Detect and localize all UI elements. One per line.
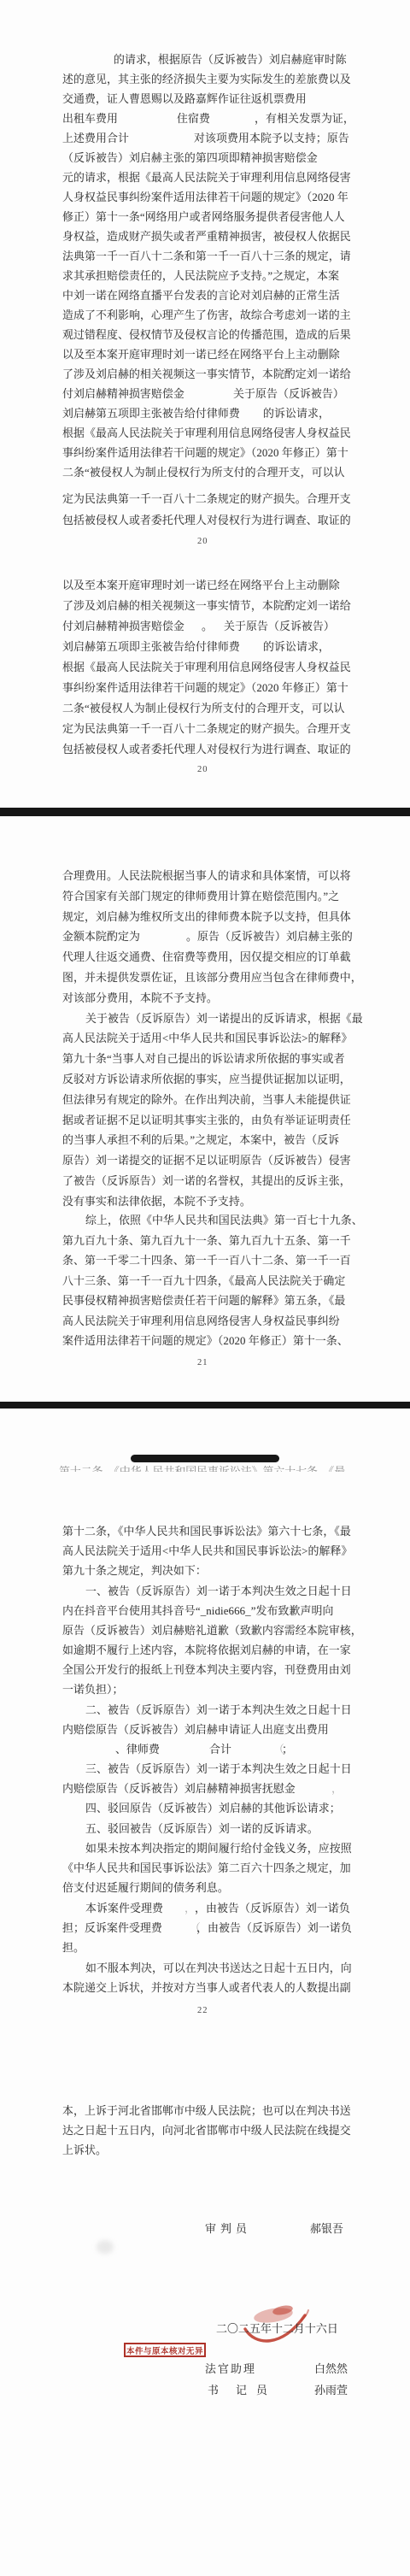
text-line: 内赔偿原告（反诉被告）刘启赫申请证人出庭支出费用: [0, 1721, 410, 1738]
text-segment: 倍支付迟延履行期间的债务利息。: [62, 1879, 229, 1897]
text-segment: ，由被告（反诉原告）刘一诺负: [196, 1920, 352, 1937]
text-segment: ，: [331, 1780, 343, 1797]
text-line: 符合国家有关部门规定的律师费用计算在赔偿范围内。”之: [0, 888, 410, 905]
text-segment: 法: [205, 2361, 216, 2378]
text-segment: 审: [205, 2220, 216, 2238]
text-segment: 刘启赫第五项即主张被告给付律师费: [62, 638, 240, 656]
text-line: 民事侵权精神损害赔偿责任若干问题的解释》第五条，《最: [0, 1292, 410, 1309]
text-segment: 关于原告（反诉被告）: [224, 618, 335, 635]
text-segment: 规定，刘启赫为维权所支出的律师费本院予以支持，但具体: [62, 909, 351, 926]
text-segment: 内赔偿原告（反诉被告）刘启赫申请证人出庭支出费用: [62, 1721, 329, 1738]
text-line: 、律师费合计（；: [0, 1741, 410, 1758]
text-segment: 条、第一千零二十四条、第一千一百八十二条、第一千一百: [62, 1252, 351, 1269]
text-line: 的请求，根据原告（反诉被告）刘启赫庭审时陈: [0, 51, 410, 68]
text-line: 二、被告（反诉原告）刘一诺于本判决生效之日起十日: [0, 1702, 410, 1719]
text-line: 修正）第十一条“网络用户或者网络服务提供者侵害他人人: [0, 209, 410, 226]
text-segment: 包括被侵权人或者委托代理人对侵权行为进行调查、取证的: [62, 512, 351, 529]
text-segment: 符合国家有关部门规定的律师费用计算在赔偿范围内。”之: [62, 888, 339, 905]
text-line: 五、驳回被告（反诉原告）刘一诺的反诉请求。: [0, 1820, 410, 1838]
text-line: 身权益，造成财产损失或者严重精神损害，被侵权人依据民: [0, 228, 410, 245]
text-segment: ；: [282, 1741, 293, 1758]
text-line: 关于被告（反诉原告）刘一诺提出的反诉请求，根据《最: [0, 1010, 410, 1027]
text-segment: 对该部分费用，本院不予支持。: [62, 990, 218, 1007]
text-segment: 白然然: [314, 2361, 348, 2378]
text-segment: 求其承担赔偿责任的，人民法院应予支持。”之规定，本案: [62, 268, 339, 285]
text-line: 根据《最高人民法院关于审理利用信息网络侵害人身权益民: [0, 425, 410, 442]
text-segment: 包括被侵权人或者委托代理人对侵权行为进行调查、取证的: [62, 741, 351, 758]
text-segment: 以及至本案开庭审理时刘一诺已经在网络平台上主动删除: [62, 346, 340, 363]
clipped-text: 第十二条，《中华人民共和国民事诉讼法》第六十七条，《最: [59, 1463, 345, 1472]
text-segment: 定为民法典第一千一百八十二条规定的财产损失。合理开支: [62, 491, 351, 508]
text-segment: 一诺负担）；: [62, 1681, 124, 1698]
text-segment: 了涉及刘启赫的相关视频这一事实情节，本院酌定刘一诺给: [62, 366, 351, 383]
text-line: 规定，刘启赫为维权所支出的律师费本院予以支持，但具体: [0, 909, 410, 926]
text-segment: 高人民法院关于适用<中华人民共和国民事诉讼法>的解释》: [62, 1030, 353, 1047]
text-segment: 原告）刘一诺提交的证据不足以证明原告（反诉被告）侵害: [62, 1152, 351, 1169]
text-line: 二条“被侵权人为制止侵权行为所支付的合理开支，可以认: [0, 464, 410, 481]
text-segment: 内赔偿原告（反诉被告）刘启赫精神损害抚慰金: [62, 1780, 296, 1797]
text-line: 对该部分费用，本院不予支持。: [0, 990, 410, 1007]
text-segment: 据或者证据不足以证明其事实主张的，由负有举证证明责任: [62, 1112, 351, 1129]
text-segment: 关于被告（反诉原告）刘一诺提出的反诉请求，根据《最: [85, 1010, 363, 1027]
text-segment: 以及至本案开庭审理时刘一诺已经在网络平台上主动删除: [62, 577, 340, 594]
text-line: 第九百九十条、第九百九十一条、第九百九十五条、第一千: [0, 1232, 410, 1250]
text-segment: 合计: [209, 1741, 231, 1758]
text-segment: 第九十条“当事人对自己提出的诉讼请求所依据的事实或者: [62, 1050, 345, 1067]
clipped-text-line: 第十二条，《中华人民共和国民事诉讼法》第六十七条，《最: [0, 1463, 410, 1472]
page-number: 22: [197, 2004, 208, 2018]
text-segment: 上述费用合计: [62, 130, 129, 147]
text-segment: 的诉讼请求，: [263, 638, 330, 656]
text-line: 了涉及刘启赫的相关视频这一事实情节，本院酌定刘一诺给: [0, 366, 410, 383]
text-line: （反诉被告）刘启赫主张的第四项即精神损害赔偿金: [0, 150, 410, 167]
text-line: 金额本院酌定为。原告（反诉被告）刘启赫主张的: [0, 928, 410, 945]
text-segment: 如果未按本判决指定的期间履行给付金钱义务，应按照: [85, 1840, 352, 1857]
text-line: 高人民法院关于适用<中华人民共和国民事诉讼法>的解释》: [0, 1543, 410, 1560]
text-line: 求其承担赔偿责任的，人民法院应予支持。”之规定，本案: [0, 268, 410, 285]
text-segment: 郝银吾: [310, 2220, 343, 2238]
page-number: 20: [197, 763, 208, 777]
text-line: 三、被告（反诉原告）刘一诺于本判决生效之日起十日: [0, 1761, 410, 1778]
text-line: 担；反诉案件受理费（，由被告（反诉原告）刘一诺负: [0, 1920, 410, 1937]
text-line: 《中华人民共和国民事诉讼法》第二百六十四条之规定，加: [0, 1860, 410, 1877]
text-line: 以及至本案开庭审理时刘一诺已经在网络平台上主动删除: [0, 577, 410, 594]
text-line: 如不服本判决，可以在判决书送达之日起十五日内，向: [0, 1960, 410, 1977]
text-line: 内在抖音平台使用其抖音号“_nidie666_”发布致歉声明向: [0, 1603, 410, 1620]
verification-stamp: 本件与原本核对无异: [124, 2343, 206, 2357]
text-line: 原告）刘一诺提交的证据不足以证明原告（反诉被告）侵害: [0, 1152, 410, 1169]
text-line: 包括被侵权人或者委托代理人对侵权行为进行调查、取证的: [0, 512, 410, 529]
text-line: 二条“被侵权人为制止侵权行为所支付的合理开支，可以认: [0, 700, 410, 717]
text-segment: 《中华人民共和国民事诉讼法》第二百六十四条之规定，加: [62, 1860, 351, 1877]
text-line: 出租车费用住宿费，有相关发票为证，: [0, 110, 410, 127]
text-segment: 的当事人承担不利的后果。”之规定，本案中，被告（反诉: [62, 1132, 339, 1149]
text-line: 法官助理白然然: [0, 2361, 410, 2378]
text-segment: 了涉及刘启赫的相关视频这一事实情节，本院酌定刘一诺给: [62, 597, 351, 615]
text-line: 本院递交上诉状，并按对方当事人或者代表人的人数提出副: [0, 1979, 410, 1997]
stitch-divider: [0, 1402, 410, 1409]
text-line: 代理人往返交通费、住宿费等费用，因仅提交相应的订单截: [0, 949, 410, 966]
text-line: 交通费，证人曹恩赐以及路嘉辉作证往返机票费用: [0, 91, 410, 108]
text-line: 八十三条、第一千一百九十四条，《最高人民法院关于确定: [0, 1273, 410, 1290]
text-line: 合理费用。人民法院根据当事人的请求和具体案情，可以将: [0, 867, 410, 885]
text-segment: 员: [256, 2382, 267, 2399]
text-line: 第九十条“当事人对自己提出的诉讼请求所依据的事实或者: [0, 1050, 410, 1067]
text-segment: 中刘一诺在网络直播平台发表的言论对刘启赫的正常生活: [62, 287, 340, 304]
text-segment: 身权益，造成财产损失或者严重精神损害，被侵权人依据民: [62, 228, 351, 245]
text-segment: 第九十条之规定，判决如下：: [62, 1562, 207, 1579]
text-line: 高人民法院关于适用<中华人民共和国民事诉讼法>的解释》: [0, 1030, 410, 1047]
text-segment: ，有相关发票为证，: [255, 110, 354, 127]
text-line: 图，并未提供发票佐证，且该部分费用应当包含在律师费中，: [0, 969, 410, 986]
text-line: 但法律另有规定的除外。在作出判决前，当事人未能提供证: [0, 1091, 410, 1109]
text-line: 反驳对方诉讼请求所依据的事实，应当提供证据加以证明，: [0, 1071, 410, 1088]
text-segment: 综上，依照《中华人民共和国民法典》第一百七十九条、: [85, 1212, 363, 1229]
text-line: 上述费用合计对该项费用本院予以支持；原告: [0, 130, 410, 147]
text-line: 人身权益民事纠纷案件适用法律若干问题的规定》（2020 年: [0, 189, 410, 206]
text-line: 案件适用法律若干问题的规定》（2020 年修正）第十一条、: [0, 1332, 410, 1350]
text-line: 上诉状。: [0, 2142, 410, 2159]
text-segment: 图，并未提供发票佐证，且该部分费用应当包含在律师费中，: [62, 969, 362, 986]
text-line: 内赔偿原告（反诉被告）刘启赫精神损害抚慰金，: [0, 1780, 410, 1797]
text-segment: 高人民法院关于适用<中华人民共和国民事诉讼法>的解释》: [62, 1543, 353, 1560]
text-segment: 案件适用法律若干问题的规定》（2020 年修正）第十一条、: [62, 1332, 348, 1350]
text-segment: 高人民法院关于审理利用信息网络侵害人身权益民事纠纷: [62, 1313, 340, 1330]
text-segment: 全国公开发行的报纸上刊登本判决主要内容，刊登费用由刘: [62, 1661, 351, 1679]
text-line: 刘启赫第五项即主张被告给付律师费的诉讼请求，: [0, 638, 410, 656]
text-line: 以及至本案开庭审理时刘一诺已经在网络平台上主动删除: [0, 346, 410, 363]
text-segment: 判: [220, 2220, 231, 2238]
text-line: 事纠纷案件适用法律若干问题的规定》（2020 年修正）第十: [0, 679, 410, 697]
text-line: 观过错程度、侵权情节及侵权言论的传播范围，造成的后果: [0, 326, 410, 344]
text-line: 根据《最高人民法院关于审理利用信息网络侵害人身权益民: [0, 659, 410, 676]
text-line: 审判员郝银吾: [0, 2220, 410, 2238]
text-line: 达之日起十五日内，向河北省邯郸市中级人民法院在线提交: [0, 2122, 410, 2139]
text-segment: 二条“被侵权人为制止侵权行为所支付的合理开支，可以认: [62, 700, 345, 717]
text-segment: 了被告（反诉原告）刘一诺的名誉权，其提出的反诉主张，: [62, 1173, 351, 1190]
text-segment: 观过错程度、侵权情节及侵权言论的传播范围，造成的后果: [62, 326, 351, 344]
text-line: 法典第一千一百八十二条和第一千一百八十三条的规定，请: [0, 248, 410, 265]
text-line: 全国公开发行的报纸上刊登本判决主要内容，刊登费用由刘: [0, 1661, 410, 1679]
text-line: 定为民法典第一千一百八十二条规定的财产损失。合理开支: [0, 720, 410, 738]
text-line: 没有事实和法律依据，本院不予支持。: [0, 1193, 410, 1210]
text-segment: 根据《最高人民法院关于审理利用信息网络侵害人身权益民: [62, 659, 351, 676]
text-line: 本，上诉于河北省邯郸市中级人民法院；也可以在判决书送: [0, 2103, 410, 2120]
text-segment: 官: [218, 2361, 229, 2378]
text-segment: 四、驳回原告（反诉被告）刘启赫的其他诉讼请求；: [85, 1800, 341, 1817]
text-segment: 三、被告（反诉原告）刘一诺于本判决生效之日起十日: [85, 1761, 352, 1778]
text-segment: 交通费，证人曹恩赐以及路嘉辉作证往返机票费用: [62, 91, 307, 108]
text-line: 第九十条之规定，判决如下：: [0, 1562, 410, 1579]
text-segment: 第十二条，《中华人民共和国民事诉讼法》第六十七条，《最: [62, 1523, 351, 1540]
text-segment: 定为民法典第一千一百八十二条规定的财产损失。合理开支: [62, 720, 351, 738]
text-segment: 。原告（反诉被告）刘启赫主张的: [186, 928, 353, 945]
text-segment: 造成了不利影响，心理产生了伤害，故综合考虑刘一诺的主: [62, 307, 351, 324]
text-segment: 关于原告（反诉被告）: [233, 385, 344, 403]
text-line: 述的意见，其主张的经济损失主要为实际发生的差旅费以及: [0, 71, 410, 88]
text-segment: 担。: [62, 1939, 85, 1956]
text-segment: 、律师费: [115, 1741, 160, 1758]
text-segment: 代理人往返交通费、住宿费等费用，因仅提交相应的订单截: [62, 949, 351, 966]
text-segment: （反诉被告）刘启赫主张的第四项即精神损害赔偿金: [62, 150, 318, 167]
text-line: 倍支付迟延履行期间的债务利息。: [0, 1879, 410, 1897]
page-number: 20: [197, 535, 208, 549]
text-line: 一、被告（反诉原告）刘一诺于本判决生效之日起十日: [0, 1583, 410, 1600]
text-line: 担。: [0, 1939, 410, 1956]
text-line: 条、第一千零二十四条、第一千一百八十二条、第一千一百: [0, 1252, 410, 1269]
text-line: 的当事人承担不利的后果。”之规定，本案中，被告（反诉: [0, 1132, 410, 1149]
text-segment: 事纠纷案件适用法律若干问题的规定》（2020 年修正）第十: [62, 444, 348, 462]
text-segment: 理: [243, 2361, 255, 2378]
text-segment: 根据《最高人民法院关于审理利用信息网络侵害人身权益民: [62, 425, 351, 442]
text-line: 原告（反诉被告）刘启赫赔礼道歉（致歉内容需经本院审核，: [0, 1622, 410, 1639]
text-line: 造成了不利影响，心理产生了伤害，故综合考虑刘一诺的主: [0, 307, 410, 324]
text-segment: 孙雨萱: [314, 2382, 348, 2399]
text-segment: 事纠纷案件适用法律若干问题的规定》（2020 年修正）第十: [62, 679, 348, 697]
text-segment: 本诉案件受理费: [85, 1900, 163, 1917]
text-segment: 。: [202, 618, 213, 635]
text-segment: 的请求，根据原告（反诉被告）刘启赫庭审时陈: [114, 51, 347, 68]
text-segment: 本，上诉于河北省邯郸市中级人民法院；也可以在判决书送: [62, 2103, 351, 2120]
text-segment: 担；反诉案件受理费: [62, 1920, 162, 1937]
text-segment: 达之日起十五日内，向河北省邯郸市中级人民法院在线提交: [62, 2122, 351, 2139]
text-segment: ，由被告（反诉原告）刘一诺负: [195, 1900, 350, 1917]
text-segment: 上诉状。: [62, 2142, 107, 2159]
text-segment: 助: [231, 2361, 242, 2378]
text-segment: 八十三条、第一千一百九十四条，《最高人民法院关于确定: [62, 1273, 345, 1290]
verification-stamp-text: 本件与原本核对无异: [126, 2344, 203, 2356]
text-segment: 一、被告（反诉原告）刘一诺于本判决生效之日起十日: [85, 1583, 352, 1600]
text-segment: 刘启赫第五项即主张被告给付律师费: [62, 405, 240, 422]
text-line: 刘启赫第五项即主张被告给付律师费的诉讼请求，: [0, 405, 410, 422]
text-segment: 记: [236, 2382, 247, 2399]
text-segment: 金额本院酌定为: [62, 928, 140, 945]
text-line: 事纠纷案件适用法律若干问题的规定》（2020 年修正）第十: [0, 444, 410, 462]
text-line: 如果未按本判决指定的期间履行给付金钱义务，应按照: [0, 1840, 410, 1857]
text-segment: 没有事实和法律依据，本院不予支持。: [62, 1193, 251, 1210]
text-segment: 合理费用。人民法院根据当事人的请求和具体案情，可以将: [62, 867, 351, 885]
text-segment: 员: [236, 2220, 247, 2238]
text-segment: 原告（反诉被告）刘启赫赔礼道歉（致歉内容需经本院审核，: [62, 1622, 362, 1639]
text-segment: 二、被告（反诉原告）刘一诺于本判决生效之日起十日: [85, 1702, 352, 1719]
text-segment: 反驳对方诉讼请求所依据的事实，应当提供证据加以证明，: [62, 1071, 351, 1088]
text-line: 如逾期不履行上述内容，本院将依据刘启赫的申请，在一家: [0, 1642, 410, 1659]
text-segment: 付刘启赫精神损害赔偿金: [62, 385, 184, 403]
text-segment: 出租车费用: [62, 110, 118, 127]
text-line: 高人民法院关于审理利用信息网络侵害人身权益民事纠纷: [0, 1313, 410, 1330]
stitch-divider: [0, 808, 410, 816]
text-segment: 述的意见，其主张的经济损失主要为实际发生的差旅费以及: [62, 71, 351, 88]
text-line: 定为民法典第一千一百八十二条规定的财产损失。合理开支: [0, 491, 410, 508]
text-segment: 的诉讼请求，: [263, 405, 330, 422]
text-segment: 如不服本判决，可以在判决书送达之日起十五日内，向: [85, 1960, 352, 1977]
text-segment: 第九百九十条、第九百九十一条、第九百九十五条、第一千: [62, 1232, 351, 1250]
text-segment: 书: [208, 2382, 219, 2399]
text-segment: 人身权益民事纠纷案件适用法律若干问题的规定》（2020 年: [62, 189, 348, 206]
text-segment: 住宿费: [177, 110, 210, 127]
text-segment: 对该项费用本院予以支持；原告: [194, 130, 349, 147]
text-line: 二〇二五年十二月十六日: [0, 2320, 410, 2338]
text-line: 付刘启赫精神损害赔偿金。关于原告（反诉被告）: [0, 618, 410, 635]
faded-mark: [97, 2240, 114, 2254]
text-line: 包括被侵权人或者委托代理人对侵权行为进行调查、取证的: [0, 741, 410, 758]
text-line: 付刘启赫精神损害赔偿金关于原告（反诉被告）: [0, 385, 410, 403]
text-segment: 法典第一千一百八十二条和第一千一百八十三条的规定，请: [62, 248, 351, 265]
text-line: 据或者证据不足以证明其事实主张的，由负有举证证明责任: [0, 1112, 410, 1129]
page-number: 21: [197, 1356, 208, 1370]
text-line: 一诺负担）；: [0, 1681, 410, 1698]
text-line: 了涉及刘启赫的相关视频这一事实情节，本院酌定刘一诺给: [0, 597, 410, 615]
text-segment: 付刘启赫精神损害赔偿金: [62, 618, 184, 635]
text-line: 元的请求，根据《最高人民法院关于审理利用信息网络侵害: [0, 169, 410, 186]
text-segment: 内在抖音平台使用其抖音号“_nidie666_”发布致歉声明向: [62, 1603, 333, 1620]
text-segment: 元的请求，根据《最高人民法院关于审理利用信息网络侵害: [62, 169, 351, 186]
text-line: 中刘一诺在网络直播平台发表的言论对刘启赫的正常生活: [0, 287, 410, 304]
text-line: 本诉案件受理费，，由被告（反诉原告）刘一诺负: [0, 1900, 410, 1917]
text-segment: 二〇二五年十二月十六日: [216, 2320, 338, 2338]
text-segment: 五、驳回被告（反诉原告）刘一诺的反诉请求。: [85, 1820, 319, 1838]
document-page: 第十二条，《中华人民共和国民事诉讼法》第六十七条，《最 本件与原本核对无异 的请…: [0, 0, 410, 2576]
text-line: 四、驳回原告（反诉被告）刘启赫的其他诉讼请求；: [0, 1800, 410, 1817]
text-segment: 修正）第十一条“网络用户或者网络服务提供者侵害他人人: [62, 209, 345, 226]
text-segment: 如逾期不履行上述内容，本院将依据刘启赫的申请，在一家: [62, 1642, 351, 1659]
redaction-bar: [131, 1455, 279, 1462]
text-line: 书记员孙雨萱: [0, 2382, 410, 2399]
text-segment: 二条“被侵权人为制止侵权行为所支付的合理开支，可以认: [62, 464, 345, 481]
text-line: 了被告（反诉原告）刘一诺的名誉权，其提出的反诉主张，: [0, 1173, 410, 1190]
text-segment: 民事侵权精神损害赔偿责任若干问题的解释》第五条，《最: [62, 1292, 345, 1309]
text-segment: 但法律另有规定的除外。在作出判决前，当事人未能提供证: [62, 1091, 351, 1109]
text-line: 综上，依照《中华人民共和国民法典》第一百七十九条、: [0, 1212, 410, 1229]
text-segment: 本院递交上诉状，并按对方当事人或者代表人的人数提出副: [62, 1979, 351, 1997]
text-line: 第十二条，《中华人民共和国民事诉讼法》第六十七条，《最: [0, 1523, 410, 1540]
